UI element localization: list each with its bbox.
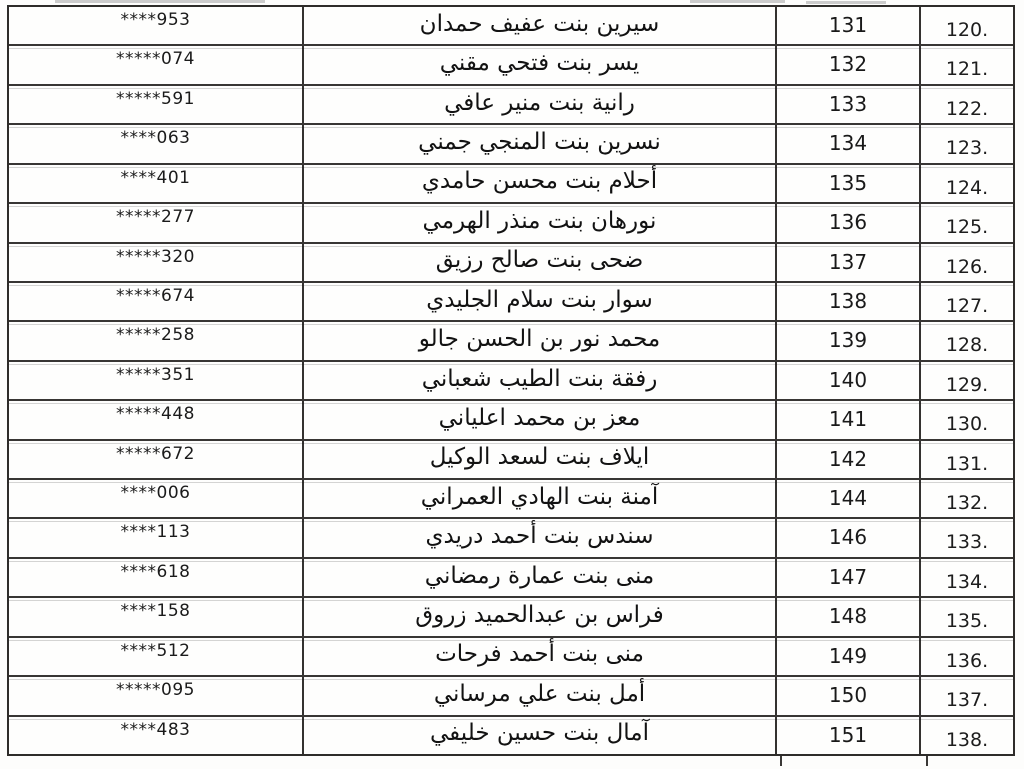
masked-id-cell: *****674 [9,283,304,320]
row-index-cell: 137. [921,677,1013,714]
list-number-cell: 144 [777,480,921,517]
list-number-cell: 151 [777,717,921,754]
table-row: ****006 آمنة بنت الهادي العمراني 144 132… [9,478,1013,517]
list-number-cell: 136 [777,204,921,241]
row-index-cell: 128. [921,322,1013,359]
full-name-cell: ضحى بنت صالح رزيق [304,244,777,281]
full-name-cell: يسر بنت فتحي مقني [304,46,777,83]
row-index-cell: 123. [921,125,1013,162]
list-number-cell: 132 [777,46,921,83]
names-table: ****953 سيرين بنت عفيف حمدان 131 120. **… [7,5,1015,756]
row-index-cell: 133. [921,519,1013,556]
masked-id-cell: ****158 [9,598,304,635]
list-number-cell: 146 [777,519,921,556]
table-border-stub [780,756,782,766]
masked-id-cell: *****095 [9,677,304,714]
row-index-cell: 130. [921,401,1013,438]
list-number-cell: 148 [777,598,921,635]
masked-id-cell: ****401 [9,165,304,202]
table-row: ****483 آمال بنت حسين خليفي 151 138. [9,715,1013,754]
row-index-cell: 124. [921,165,1013,202]
table-row: *****258 محمد نور بن الحسن جالو 139 128. [9,320,1013,359]
masked-id-cell: ****006 [9,480,304,517]
list-number-cell: 131 [777,7,921,44]
list-number-cell: 150 [777,677,921,714]
masked-id-cell: *****277 [9,204,304,241]
row-index-cell: 127. [921,283,1013,320]
full-name-cell: فراس بن عبدالحميد زروق [304,598,777,635]
list-number-cell: 133 [777,86,921,123]
masked-id-cell: *****074 [9,46,304,83]
masked-id-cell: ****953 [9,7,304,44]
masked-id-cell: *****351 [9,362,304,399]
full-name-cell: منى بنت أحمد فرحات [304,638,777,675]
row-index-cell: 126. [921,244,1013,281]
row-index-cell: 136. [921,638,1013,675]
table-row: ****953 سيرين بنت عفيف حمدان 131 120. [9,7,1013,44]
masked-id-cell: *****448 [9,401,304,438]
scan-noise-dash [55,0,265,3]
table-row: *****674 سوار بنت سلام الجليدي 138 127. [9,281,1013,320]
list-number-cell: 147 [777,559,921,596]
scanned-document-page: ****953 سيرين بنت عفيف حمدان 131 120. **… [0,0,1024,769]
table-row: *****591 رانية بنت منير عافي 133 122. [9,84,1013,123]
row-index-cell: 138. [921,717,1013,754]
list-number-cell: 134 [777,125,921,162]
list-number-cell: 141 [777,401,921,438]
list-number-cell: 149 [777,638,921,675]
masked-id-cell: *****672 [9,441,304,478]
full-name-cell: أمل بنت علي مرساني [304,677,777,714]
masked-id-cell: ****618 [9,559,304,596]
full-name-cell: رفقة بنت الطيب شعباني [304,362,777,399]
full-name-cell: ايلاف بنت لسعد الوكيل [304,441,777,478]
full-name-cell: آمال بنت حسين خليفي [304,717,777,754]
full-name-cell: أحلام بنت محسن حامدي [304,165,777,202]
full-name-cell: منى بنت عمارة رمضاني [304,559,777,596]
list-number-cell: 137 [777,244,921,281]
masked-id-cell: ****512 [9,638,304,675]
list-number-cell: 142 [777,441,921,478]
row-index-cell: 134. [921,559,1013,596]
table-row: *****074 يسر بنت فتحي مقني 132 121. [9,44,1013,83]
table-row: ****113 سندس بنت أحمد دريدي 146 133. [9,517,1013,556]
table-row: ****063 نسرين بنت المنجي جمني 134 123. [9,123,1013,162]
full-name-cell: محمد نور بن الحسن جالو [304,322,777,359]
row-index-cell: 122. [921,86,1013,123]
table-row: *****277 نورهان بنت منذر الهرمي 136 125. [9,202,1013,241]
full-name-cell: معز بن محمد اعلياني [304,401,777,438]
table-row: *****448 معز بن محمد اعلياني 141 130. [9,399,1013,438]
table-row: ****401 أحلام بنت محسن حامدي 135 124. [9,163,1013,202]
table-row: *****320 ضحى بنت صالح رزيق 137 126. [9,242,1013,281]
table-row: ****158 فراس بن عبدالحميد زروق 148 135. [9,596,1013,635]
full-name-cell: رانية بنت منير عافي [304,86,777,123]
list-number-cell: 140 [777,362,921,399]
row-index-cell: 131. [921,441,1013,478]
masked-id-cell: ****483 [9,717,304,754]
full-name-cell: سوار بنت سلام الجليدي [304,283,777,320]
list-number-cell: 139 [777,322,921,359]
full-name-cell: نسرين بنت المنجي جمني [304,125,777,162]
full-name-cell: آمنة بنت الهادي العمراني [304,480,777,517]
list-number-cell: 138 [777,283,921,320]
table-row: ****618 منى بنت عمارة رمضاني 147 134. [9,557,1013,596]
row-index-cell: 125. [921,204,1013,241]
masked-id-cell: ****113 [9,519,304,556]
row-index-cell: 132. [921,480,1013,517]
masked-id-cell: *****591 [9,86,304,123]
masked-id-cell: ****063 [9,125,304,162]
table-row: ****512 منى بنت أحمد فرحات 149 136. [9,636,1013,675]
row-index-cell: 120. [921,7,1013,44]
table-border-stub [926,756,928,766]
scan-noise-dash [690,0,785,3]
full-name-cell: سيرين بنت عفيف حمدان [304,7,777,44]
full-name-cell: سندس بنت أحمد دريدي [304,519,777,556]
table-row: *****672 ايلاف بنت لسعد الوكيل 142 131. [9,439,1013,478]
row-index-cell: 129. [921,362,1013,399]
scan-noise-dash [806,1,886,4]
row-index-cell: 121. [921,46,1013,83]
full-name-cell: نورهان بنت منذر الهرمي [304,204,777,241]
masked-id-cell: *****320 [9,244,304,281]
table-row: *****095 أمل بنت علي مرساني 150 137. [9,675,1013,714]
masked-id-cell: *****258 [9,322,304,359]
list-number-cell: 135 [777,165,921,202]
table-row: *****351 رفقة بنت الطيب شعباني 140 129. [9,360,1013,399]
row-index-cell: 135. [921,598,1013,635]
